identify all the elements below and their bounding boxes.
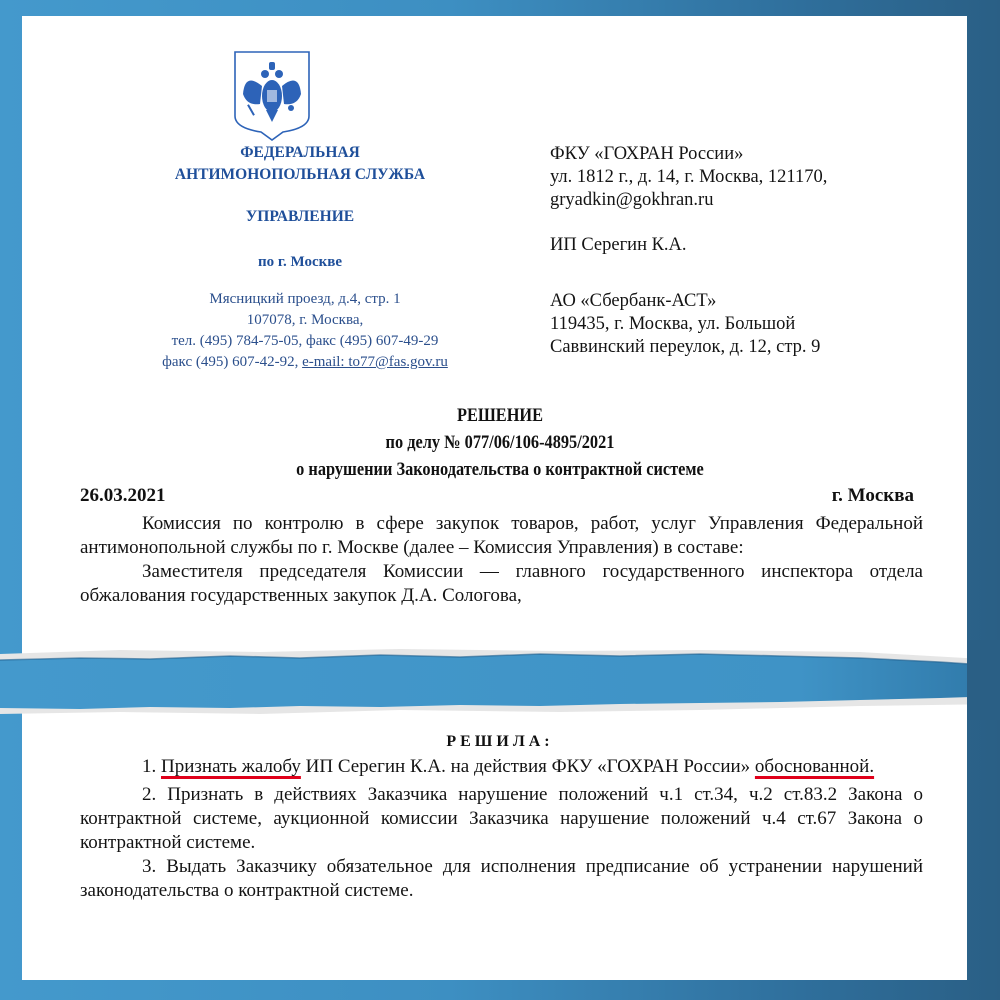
recipient-name: АО «Сбербанк-АСТ» [550, 290, 950, 313]
decision-subject: о нарушении Законодательства о контрактн… [122, 458, 879, 482]
recipient-email: gryadkin@gokhran.ru [550, 189, 950, 212]
authority-address-line2: 107078, г. Москва, [100, 311, 510, 330]
decision-body: Комиссия по контролю в сфере закупок тов… [80, 512, 923, 608]
recipient-seregin: ИП Серегин К.А. [550, 234, 950, 257]
ruling-item-1: 1. Признать жалобу ИП Серегин К.А. на де… [80, 755, 923, 779]
commission-paragraph: Комиссия по контролю в сфере закупок тов… [80, 512, 923, 560]
ruling-item-1-number: 1. [142, 756, 161, 777]
highlighted-phrase-justified: обоснованной. [755, 756, 874, 777]
ruling-item-2: 2. Признать в действиях Заказчика наруше… [80, 783, 923, 855]
decision-dateline: 26.03.2021 г. Москва [80, 484, 914, 508]
recipient-name: ИП Серегин К.А. [550, 234, 950, 257]
decision-case-number: по делу № 077/06/106-4895/2021 [122, 431, 879, 455]
authority-name-line2: АНТИМОНОПОЛЬНАЯ СЛУЖБА [100, 164, 500, 186]
ruling-body: 1. Признать жалобу ИП Серегин К.А. на де… [80, 755, 923, 903]
recipient-address: Саввинский переулок, д. 12, стр. 9 [550, 336, 950, 359]
ruling-item-1-text: ИП Серегин К.А. на действия ФКУ «ГОХРАН … [301, 756, 755, 777]
decision-date: 26.03.2021 [80, 484, 166, 508]
authority-email-link[interactable]: e-mail: to77@fas.gov.ru [302, 354, 448, 370]
recipient-gokhran: ФКУ «ГОХРАН России» ул. 1812 г., д. 14, … [550, 143, 950, 212]
recipient-address: 119435, г. Москва, ул. Большой [550, 313, 950, 336]
russian-coat-of-arms-icon [233, 50, 311, 142]
commission-member-paragraph: Заместителя председателя Комиссии — глав… [80, 560, 923, 608]
decision-city: г. Москва [832, 484, 914, 508]
ruling-item-3: 3. Выдать Заказчику обязательное для исп… [80, 855, 923, 903]
authority-region: по г. Москве [100, 251, 500, 273]
recipient-sberbank-ast: АО «Сбербанк-АСТ» 119435, г. Москва, ул.… [550, 290, 950, 359]
authority-phone: тел. (495) 784-75-05, факс (495) 607-49-… [100, 332, 510, 351]
ruling-heading: РЕШИЛА: [60, 731, 940, 753]
authority-department: УПРАВЛЕНИЕ [100, 206, 500, 228]
decision-title: РЕШЕНИЕ [122, 404, 879, 428]
recipient-address: ул. 1812 г., д. 14, г. Москва, 121170, [550, 166, 950, 189]
torn-paper-divider [0, 640, 1000, 720]
highlighted-phrase-recognize-complaint: Признать жалобу [161, 756, 301, 777]
authority-fax: факс (495) 607-42-92, [162, 354, 302, 370]
authority-fax-email: факс (495) 607-42-92, e-mail: to77@fas.g… [100, 353, 510, 372]
authority-name-line1: ФЕДЕРАЛЬНАЯ [100, 142, 500, 164]
recipient-name: ФКУ «ГОХРАН России» [550, 143, 950, 166]
authority-address-line1: Мясницкий проезд, д.4, стр. 1 [100, 290, 510, 309]
